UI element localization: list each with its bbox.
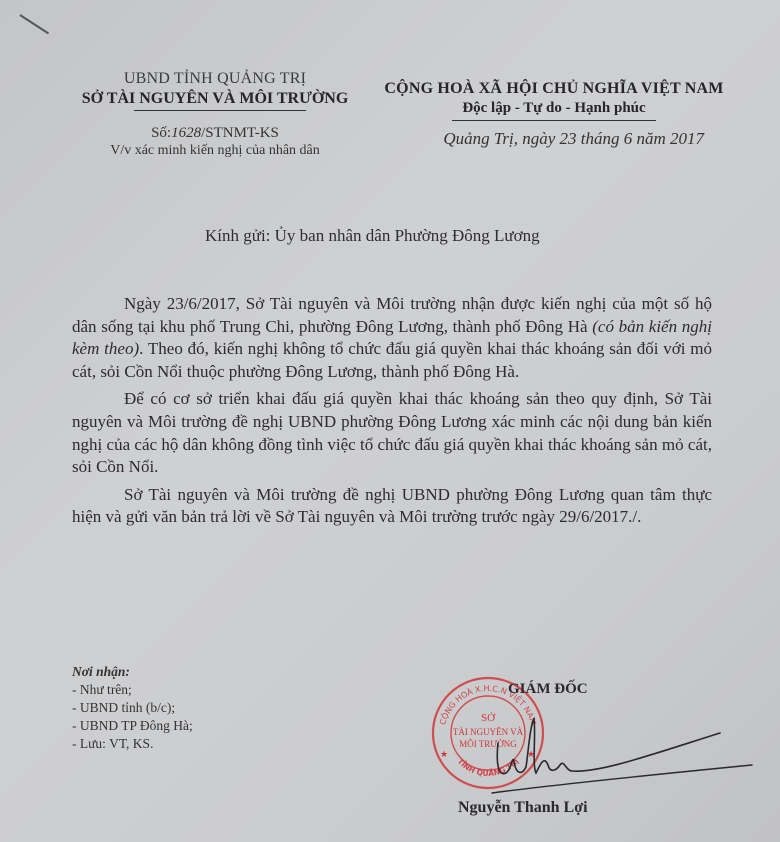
document-number: Số:1628/STNMT-KS bbox=[70, 125, 360, 142]
document-page: UBND TỈNH QUẢNG TRỊ SỞ TÀI NGUYÊN VÀ MÔI… bbox=[0, 0, 780, 842]
signer-role: GIÁM ĐỐC bbox=[508, 681, 588, 698]
recipients-list: Nơi nhận: - Như trên; - UBND tỉnh (b/c);… bbox=[72, 663, 193, 753]
signer-name: Nguyễn Thanh Lợi bbox=[458, 799, 588, 817]
nation-title: CỘNG HOÀ XÃ HỘI CHỦ NGHĨA VIỆT NAM bbox=[378, 80, 730, 98]
recipient-item: - Lưu: VT, KS. bbox=[72, 735, 193, 753]
place-date: Quảng Trị, ngày 23 tháng 6 năm 2017 bbox=[378, 129, 730, 149]
agency-parent: UBND TỈNH QUẢNG TRỊ bbox=[70, 70, 360, 88]
paragraph-2: Để có cơ sở triển khai đấu giá quyền kha… bbox=[72, 388, 712, 478]
salutation: Kính gửi: Ủy ban nhân dân Phường Đông Lư… bbox=[205, 226, 540, 246]
paragraph-1: Ngày 23/6/2017, Sở Tài nguyên và Môi trư… bbox=[72, 293, 712, 383]
motto-underline bbox=[452, 120, 656, 121]
recipient-item: - Như trên; bbox=[72, 681, 193, 699]
national-motto: Độc lập - Tự do - Hạnh phúc bbox=[378, 100, 730, 117]
svg-text:★: ★ bbox=[440, 749, 448, 759]
agency-name: SỞ TÀI NGUYÊN VÀ MÔI TRƯỜNG bbox=[70, 90, 360, 108]
letter-body: Ngày 23/6/2017, Sở Tài nguyên và Môi trư… bbox=[72, 293, 712, 534]
signature-block: CỘNG HOÀ X.H.C.N VIỆT NAM TỈNH QUẢNG TRỊ… bbox=[430, 675, 750, 835]
document-subject: V/v xác minh kiến nghị của nhân dân bbox=[70, 143, 360, 159]
recipient-item: - UBND TP Đông Hà; bbox=[72, 717, 193, 735]
handwritten-number: 1628 bbox=[171, 125, 201, 141]
issuing-agency-block: UBND TỈNH QUẢNG TRỊ SỞ TÀI NGUYÊN VÀ MÔI… bbox=[70, 70, 360, 159]
agency-underline bbox=[134, 110, 306, 111]
national-header-block: CỘNG HOÀ XÃ HỘI CHỦ NGHĨA VIỆT NAM Độc l… bbox=[378, 80, 730, 149]
pen-mark bbox=[19, 14, 49, 34]
recipient-item: - UBND tỉnh (b/c); bbox=[72, 699, 193, 717]
handwritten-signature-icon bbox=[490, 715, 760, 805]
recipients-title: Nơi nhận: bbox=[72, 663, 193, 681]
paragraph-3: Sở Tài nguyên và Môi trường đề nghị UBND… bbox=[72, 484, 712, 529]
